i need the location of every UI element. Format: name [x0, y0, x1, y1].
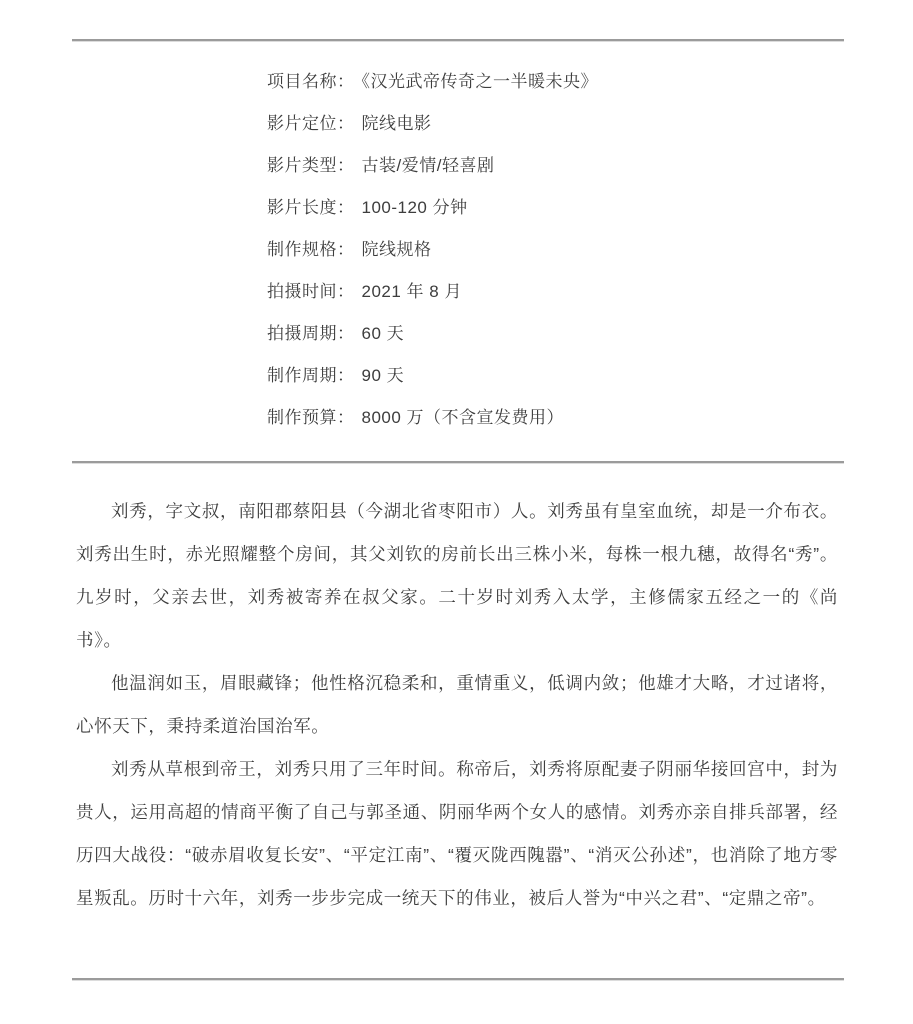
info-value: 《汉光武帝传奇之一半暖未央》 [362, 72, 599, 91]
info-value: 90 天 [362, 366, 405, 385]
info-label: 影片类型 [267, 156, 337, 175]
info-label: 影片长度 [267, 198, 337, 217]
info-label: 影片定位 [267, 114, 337, 133]
info-label: 制作规格 [267, 240, 337, 259]
info-value: 院线电影 [362, 114, 432, 133]
synopsis-paragraph-biography: 刘秀，字文叔，南阳郡蔡阳县（今湖北省枣阳市）人。刘秀虽有皇室血统，却是一介布衣。… [76, 490, 838, 662]
info-value: 100-120 分钟 [362, 198, 468, 217]
synopsis-section: 刘秀，字文叔，南阳郡蔡阳县（今湖北省枣阳市）人。刘秀虽有皇室血统，却是一介布衣。… [76, 490, 838, 920]
label-separator: ： [337, 114, 355, 133]
info-row-production-budget: 制作预算：8000 万（不含宣发费用） [267, 397, 847, 439]
info-row-shoot-duration: 拍摄周期：60 天 [267, 313, 847, 355]
document-page: 项目名称：《汉光武帝传奇之一半暖未央》 影片定位：院线电影 影片类型：古装/爱情… [0, 0, 913, 1024]
label-separator: ： [337, 240, 355, 259]
label-separator: ： [337, 282, 355, 301]
label-separator: ： [337, 324, 355, 343]
label-separator: ： [337, 72, 355, 91]
divider-top [72, 39, 844, 42]
info-label: 拍摄时间 [267, 282, 337, 301]
synopsis-paragraph-achievements: 刘秀从草根到帝王，刘秀只用了三年时间。称帝后，刘秀将原配妻子阴丽华接回宫中，封为… [76, 748, 838, 920]
info-row-film-genre: 影片类型：古装/爱情/轻喜剧 [267, 145, 847, 187]
info-row-shoot-date: 拍摄时间：2021 年 8 月 [267, 271, 847, 313]
info-value: 院线规格 [362, 240, 432, 259]
info-row-production-spec: 制作规格：院线规格 [267, 229, 847, 271]
info-value: 2021 年 8 月 [362, 282, 462, 301]
label-separator: ： [337, 198, 355, 217]
info-label: 制作预算 [267, 408, 337, 427]
info-value: 60 天 [362, 324, 405, 343]
info-row-film-length: 影片长度：100-120 分钟 [267, 187, 847, 229]
info-row-project-name: 项目名称：《汉光武帝传奇之一半暖未央》 [267, 61, 847, 103]
label-separator: ： [337, 156, 355, 175]
info-value: 古装/爱情/轻喜剧 [362, 156, 495, 175]
info-label: 制作周期 [267, 366, 337, 385]
project-info-list: 项目名称：《汉光武帝传奇之一半暖未央》 影片定位：院线电影 影片类型：古装/爱情… [267, 61, 847, 439]
info-row-film-positioning: 影片定位：院线电影 [267, 103, 847, 145]
info-value: 8000 万（不含宣发费用） [362, 408, 565, 427]
info-label: 项目名称 [267, 72, 337, 91]
divider-bottom [72, 978, 844, 981]
label-separator: ： [337, 408, 355, 427]
label-separator: ： [337, 366, 355, 385]
synopsis-paragraph-character: 他温润如玉，眉眼藏锋；他性格沉稳柔和，重情重义，低调内敛；他雄才大略，才过诸将，… [76, 662, 838, 748]
info-label: 拍摄周期 [267, 324, 337, 343]
divider-middle [72, 461, 844, 464]
info-row-production-duration: 制作周期：90 天 [267, 355, 847, 397]
